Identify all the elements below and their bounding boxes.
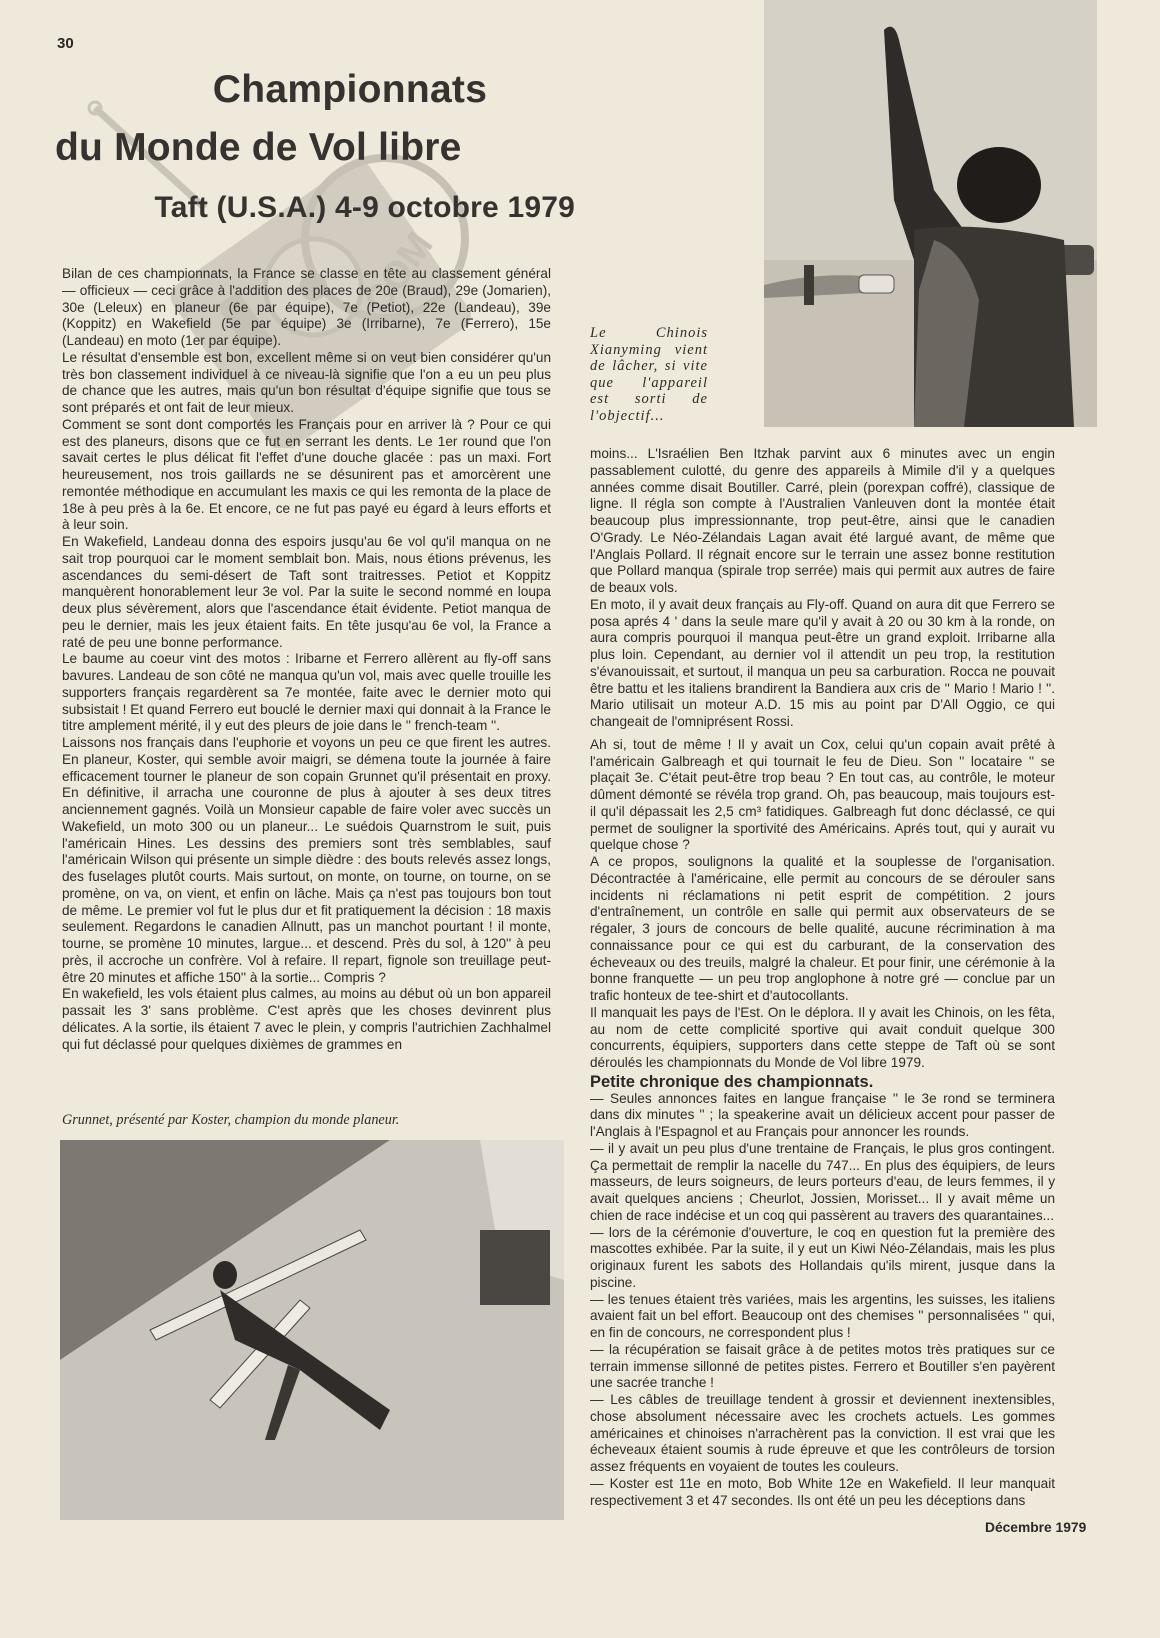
photo-grunnet-image — [60, 1140, 564, 1520]
photo-caption-bottom: Grunnet, présenté par Koster, champion d… — [62, 1112, 551, 1129]
chronicle-item: — les tenues étaient très variées, mais … — [590, 1292, 1055, 1342]
paragraph: Bilan de ces championnats, la France se … — [62, 266, 551, 350]
paragraph: Il manquait les pays de l'Est. On le dép… — [590, 1005, 1055, 1072]
paragraph: En moto, il y avait deux français au Fly… — [590, 597, 1055, 731]
chronicle-item: — il y avait un peu plus d'une trentaine… — [590, 1141, 1055, 1225]
photo-caption-top: Le Chinois Xianyming vient de lâcher, si… — [590, 325, 708, 425]
paragraph: A ce propos, soulignons la qualité et la… — [590, 854, 1055, 1005]
paragraph: Le baume au coeur vint des motos : Iriba… — [62, 651, 551, 735]
title-subline-location-date: Taft (U.S.A.) 4-9 octobre 1979 — [55, 193, 575, 223]
chronicle-item: — Koster est 11e en moto, Bob White 12e … — [590, 1476, 1055, 1510]
chronicle-item: — lors de la cérémonie d'ouverture, le c… — [590, 1225, 1055, 1292]
article-column-right: moins... L'Israélien Ben Itzhak parvint … — [590, 446, 1055, 1509]
photo-launcher-image — [764, 0, 1097, 427]
title-line-1: Championnats — [125, 70, 575, 109]
title-line-2: du Monde de Vol libre — [55, 128, 575, 167]
photo-launcher — [764, 0, 1097, 427]
chronicle-item: — Les câbles de treuillage tendent à gro… — [590, 1392, 1055, 1476]
chronicle-item: — Seules annonces faites en langue franç… — [590, 1091, 1055, 1141]
article-column-left: Bilan de ces championnats, la France se … — [62, 266, 551, 1053]
page-number: 30 — [57, 35, 74, 52]
article-title: Championnats du Monde de Vol libre Taft … — [55, 70, 575, 223]
chronicle-item: — la récupération se faisait grâce à de … — [590, 1342, 1055, 1392]
paragraph: En wakefield, les vols étaient plus calm… — [62, 986, 551, 1053]
paragraph: Comment se sont dont comportés les Franç… — [62, 417, 551, 534]
photo-grunnet-glider — [60, 1140, 564, 1520]
paragraph: Ah si, tout de même ! Il y avait un Cox,… — [590, 737, 1055, 854]
caption-top-text: Le Chinois Xianyming vient de lâcher, si… — [590, 325, 708, 424]
paragraph: Laissons nos français dans l'euphorie et… — [62, 735, 551, 986]
paragraph: Le résultat d'ensemble est bon, excellen… — [62, 350, 551, 417]
paragraph: moins... L'Israélien Ben Itzhak parvint … — [590, 446, 1055, 597]
section-heading-chronicle: Petite chronique des championnats. — [590, 1074, 1055, 1091]
paragraph: En Wakefield, Landeau donna des espoirs … — [62, 534, 551, 651]
page-footer-date: Décembre 1979 — [985, 1520, 1086, 1535]
